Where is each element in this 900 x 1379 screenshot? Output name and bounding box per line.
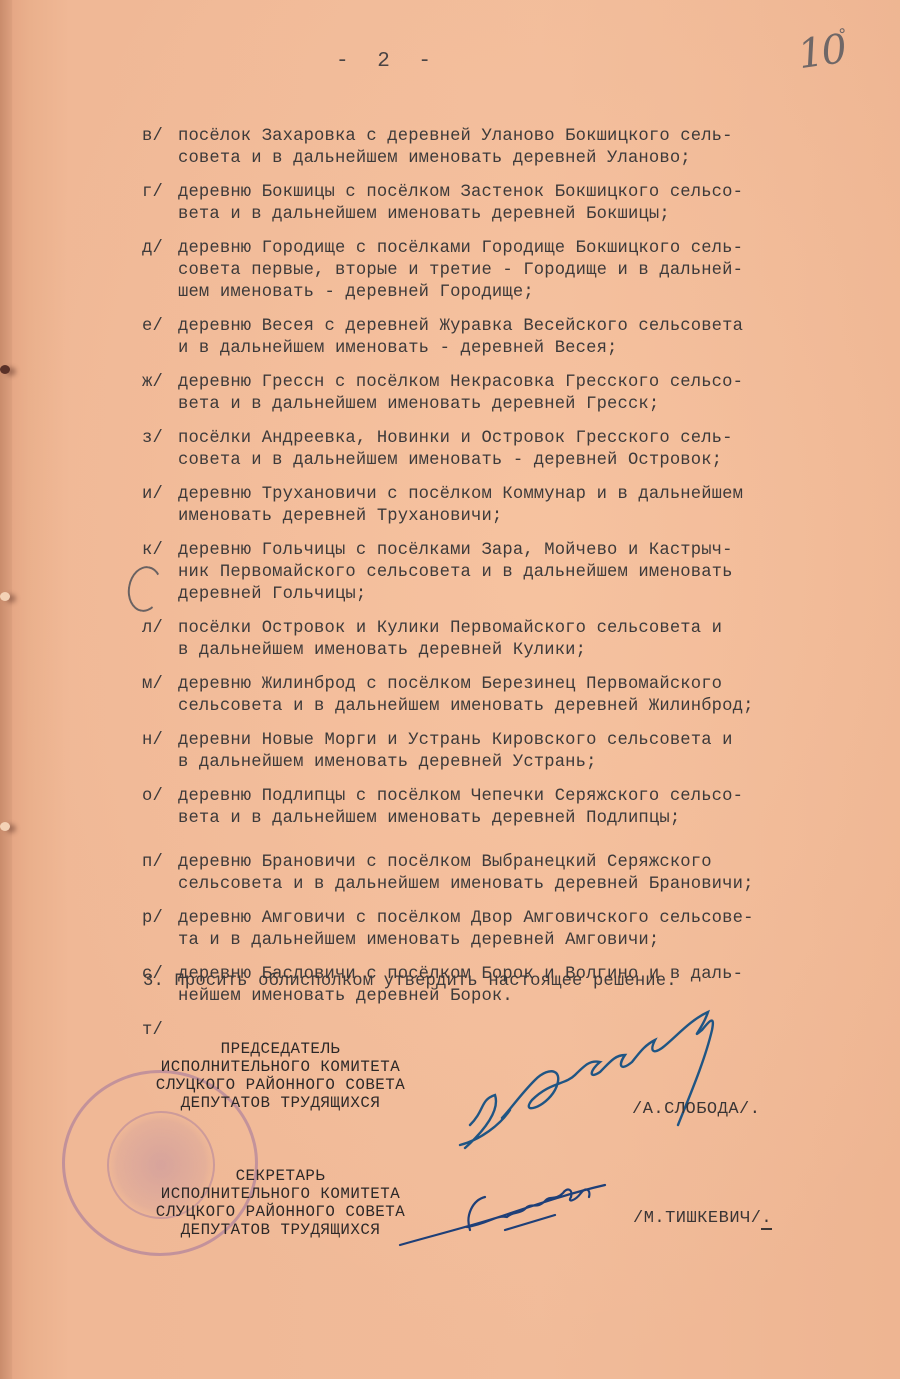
item-text: деревню Трухановичи с посёлком Коммунар … (178, 484, 892, 528)
list-item: о/деревню Подлипцы с посёлком Чепечки Се… (142, 786, 892, 830)
title-line: СЕКРЕТАРЬ (128, 1167, 433, 1185)
item-text: деревню Грессн с посёлком Некрасовка Гре… (178, 372, 892, 416)
title-line: СЛУЦКОГО РАЙОННОГО СОВЕТА (128, 1076, 433, 1094)
list-item: д/деревню Городище с посёлками Городище … (142, 238, 892, 304)
punch-hole-icon (0, 592, 10, 601)
item-letter: з/ (142, 428, 178, 472)
list-item: з/посёлки Андреевка, Новинки и Островок … (142, 428, 892, 472)
list-item: в/посёлок Захаровка с деревней Уланово Б… (142, 126, 892, 170)
punch-hole-icon (0, 822, 10, 831)
item-letter: м/ (142, 674, 178, 718)
title-line: ДЕПУТАТОВ ТРУДЯЩИХСЯ (128, 1221, 433, 1239)
item-text: посёлки Андреевка, Новинки и Островок Гр… (178, 428, 892, 472)
item-text: деревни Новые Морги и Устрань Кировского… (178, 730, 892, 774)
secretary-handwritten-signature-icon (395, 1145, 625, 1255)
secretary-name-trailing-dot: . (761, 1209, 772, 1230)
item-letter: к/ (142, 540, 178, 606)
resolution-items-list: в/посёлок Захаровка с деревней Уланово Б… (142, 126, 892, 1054)
item-letter: д/ (142, 238, 178, 304)
item-letter: о/ (142, 786, 178, 830)
item-text: деревню Брановичи с посёлком Выбранецкий… (178, 852, 892, 896)
list-item: л/посёлки Островок и Кулики Первомайског… (142, 618, 892, 662)
list-item: н/деревни Новые Морги и Устрань Кировско… (142, 730, 892, 774)
list-item: р/деревню Амговичи с посёлком Двор Амгов… (142, 908, 892, 952)
list-item: и/деревню Трухановичи с посёлком Коммуна… (142, 484, 892, 528)
chairman-handwritten-signature-icon (440, 1000, 740, 1160)
punch-hole-icon (0, 365, 10, 374)
item-text: посёлки Островок и Кулики Первомайского … (178, 618, 892, 662)
list-item: м/деревню Жилинброд с посёлком Березинец… (142, 674, 892, 718)
archive-folio-number: 10° (795, 25, 850, 78)
item-text: деревню Городище с посёлками Городище Бо… (178, 238, 892, 304)
item-letter: г/ (142, 182, 178, 226)
item-text: деревню Подлипцы с посёлком Чепечки Серя… (178, 786, 892, 830)
item-text: деревню Жилинброд с посёлком Березинец П… (178, 674, 892, 718)
item-letter: в/ (142, 126, 178, 170)
item-letter: р/ (142, 908, 178, 952)
item-text: посёлок Захаровка с деревней Уланово Бок… (178, 126, 892, 170)
item-letter: н/ (142, 730, 178, 774)
item-letter: и/ (142, 484, 178, 528)
item-text: деревню Амговичи с посёлком Двор Амгович… (178, 908, 892, 952)
item-text: деревню Весея с деревней Журавка Весейск… (178, 316, 892, 360)
item-text: деревню Бокшицы с посёлком Застенок Бокш… (178, 182, 892, 226)
list-item: ж/деревню Грессн с посёлком Некрасовка Г… (142, 372, 892, 416)
title-line: ИСПОЛНИТЕЛЬНОГО КОМИТЕТА (128, 1058, 433, 1076)
item-letter: ж/ (142, 372, 178, 416)
title-line: ПРЕДСЕДАТЕЛЬ (128, 1040, 433, 1058)
list-item: п/деревню Брановичи с посёлком Выбранецк… (142, 852, 892, 896)
item-letter: т/ (142, 1020, 178, 1042)
secretary-name-block: /М.ТИШКЕВИЧ/. (633, 1209, 772, 1228)
item-letter: п/ (142, 852, 178, 896)
chairman-name: /А.СЛОБОДА/. (632, 1100, 760, 1119)
list-item: к/деревню Гольчицы с посёлками Зара, Мой… (142, 540, 892, 606)
list-item: е/деревню Весея с деревней Журавка Весей… (142, 316, 892, 360)
list-item: г/деревню Бокшицы с посёлком Застенок Бо… (142, 182, 892, 226)
chairman-title-block: ПРЕДСЕДАТЕЛЬ ИСПОЛНИТЕЛЬНОГО КОМИТЕТА СЛ… (128, 1040, 433, 1112)
binding-edge (0, 0, 12, 1379)
resolution-point-3: 3. Просить облисполком утвердить настоящ… (143, 972, 677, 991)
title-line: СЛУЦКОГО РАЙОННОГО СОВЕТА (128, 1203, 433, 1221)
item-letter: е/ (142, 316, 178, 360)
secretary-name: /М.ТИШКЕВИЧ/ (633, 1209, 761, 1228)
document-page: - 2 - 10° в/посёлок Захаровка с деревней… (0, 0, 900, 1379)
title-line: ИСПОЛНИТЕЛЬНОГО КОМИТЕТА (128, 1185, 433, 1203)
secretary-title-block: СЕКРЕТАРЬ ИСПОЛНИТЕЛЬНОГО КОМИТЕТА СЛУЦК… (128, 1167, 433, 1239)
item-letter: л/ (142, 618, 178, 662)
page-number: - 2 - (336, 50, 439, 73)
title-line: ДЕПУТАТОВ ТРУДЯЩИХСЯ (128, 1094, 433, 1112)
item-text: деревню Гольчицы с посёлками Зара, Мойче… (178, 540, 892, 606)
